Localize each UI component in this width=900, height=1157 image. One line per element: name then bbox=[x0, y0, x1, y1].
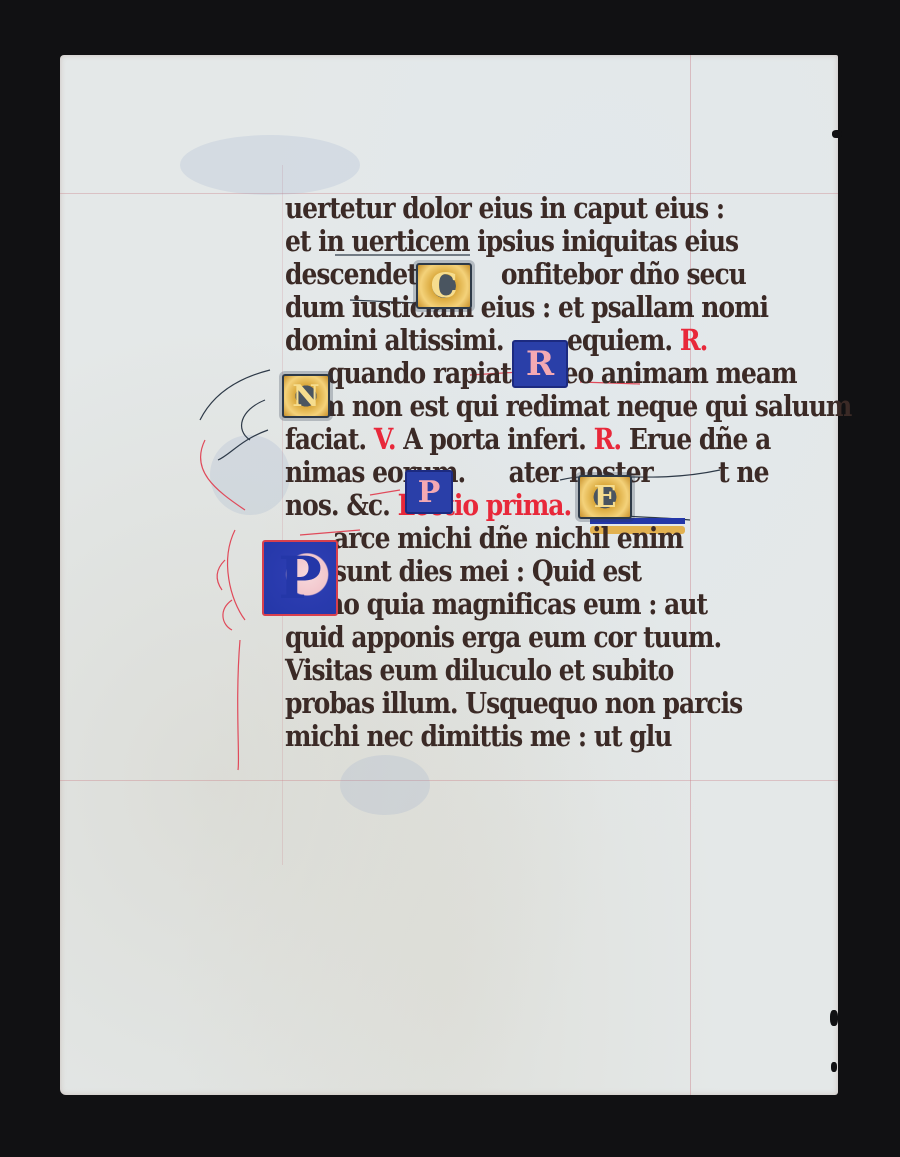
line-text: uertetur dolor eius in caput eius : bbox=[285, 192, 724, 225]
text-line: nimas eorum. ater noster t ne bbox=[285, 455, 768, 492]
line-text: Visitas eum diluculo et subito bbox=[285, 654, 673, 687]
line-text: dum iusticiam eius : et psallam nomi bbox=[285, 291, 768, 324]
initial-letter: P bbox=[278, 544, 322, 612]
text-line: faciat. V. A porta inferi. R. Erue dñe a bbox=[285, 422, 770, 459]
line-text: t ne bbox=[718, 456, 768, 489]
line-text: nos. &c. bbox=[285, 489, 390, 522]
initial-letter: P bbox=[418, 475, 441, 510]
line-text: A porta inferi. bbox=[403, 423, 586, 456]
initial-letter: C bbox=[430, 266, 457, 306]
line-text: probas illum. Usquequo non parcis bbox=[285, 687, 742, 720]
rubric-response: R. bbox=[594, 423, 621, 456]
bleed-through-stain bbox=[180, 135, 360, 195]
line-text: homo quia magnificas eum : aut bbox=[285, 588, 707, 621]
line-text: faciat. bbox=[285, 423, 366, 456]
line-text: dum non est qui redimat neque qui saluum bbox=[285, 390, 851, 423]
text-line: sunt dies mei : Quid est bbox=[333, 554, 641, 591]
initial-n-gold: N bbox=[282, 374, 330, 418]
bleed-through-stain bbox=[210, 435, 290, 515]
edge-damage bbox=[830, 1010, 838, 1026]
initial-p-large-illuminated: P bbox=[262, 540, 338, 616]
ruling-line-left bbox=[282, 165, 283, 865]
text-line: homo quia magnificas eum : aut bbox=[285, 587, 707, 624]
text-line: probas illum. Usquequo non parcis bbox=[285, 686, 742, 723]
line-text: michi nec dimittis me : ut glu bbox=[285, 720, 671, 753]
rubric-versicle: V. bbox=[374, 423, 396, 456]
text-line: arce michi dñe nichil enim bbox=[333, 521, 683, 558]
text-line: uertetur dolor eius in caput eius : bbox=[285, 191, 724, 228]
initial-letter: E bbox=[594, 480, 617, 515]
initial-letter: N bbox=[292, 379, 319, 414]
line-text: equiem. bbox=[567, 324, 672, 357]
text-line: descendet. onfitebor dño secu bbox=[285, 257, 746, 294]
text-line: dum iusticiam eius : et psallam nomi bbox=[285, 290, 768, 327]
initial-r-blue: R bbox=[512, 340, 568, 388]
line-text: descendet. bbox=[285, 258, 425, 291]
initial-e-gold: E bbox=[578, 475, 632, 519]
line-text: onfitebor dño secu bbox=[501, 258, 746, 291]
line-text: et in uerticem ipsius iniquitas eius bbox=[285, 225, 738, 258]
text-line: Visitas eum diluculo et subito bbox=[285, 653, 673, 690]
text-line: quid apponis erga eum cor tuum. bbox=[285, 620, 721, 657]
initial-c-gold: C bbox=[416, 263, 472, 309]
line-text: arce michi dñe nichil enim bbox=[333, 522, 683, 555]
line-text: quid apponis erga eum cor tuum. bbox=[285, 621, 721, 654]
bleed-through-stain bbox=[340, 755, 430, 815]
text-line: dum non est qui redimat neque qui saluum bbox=[285, 389, 851, 426]
initial-p-blue: P bbox=[405, 470, 453, 514]
rubric-response: R. bbox=[680, 324, 707, 357]
text-line: michi nec dimittis me : ut glu bbox=[285, 719, 671, 756]
ruling-line-bottom bbox=[60, 780, 838, 781]
initial-letter: R bbox=[526, 344, 554, 384]
edge-damage bbox=[831, 1062, 837, 1072]
line-text: sunt dies mei : Quid est bbox=[333, 555, 641, 588]
edge-damage bbox=[832, 130, 842, 138]
text-line: et in uerticem ipsius iniquitas eius bbox=[285, 224, 738, 261]
line-text: domini altissimi. bbox=[285, 324, 504, 357]
text-line: domini altissimi. equiem. R. bbox=[285, 323, 707, 360]
line-text: Erue dñe a bbox=[629, 423, 770, 456]
